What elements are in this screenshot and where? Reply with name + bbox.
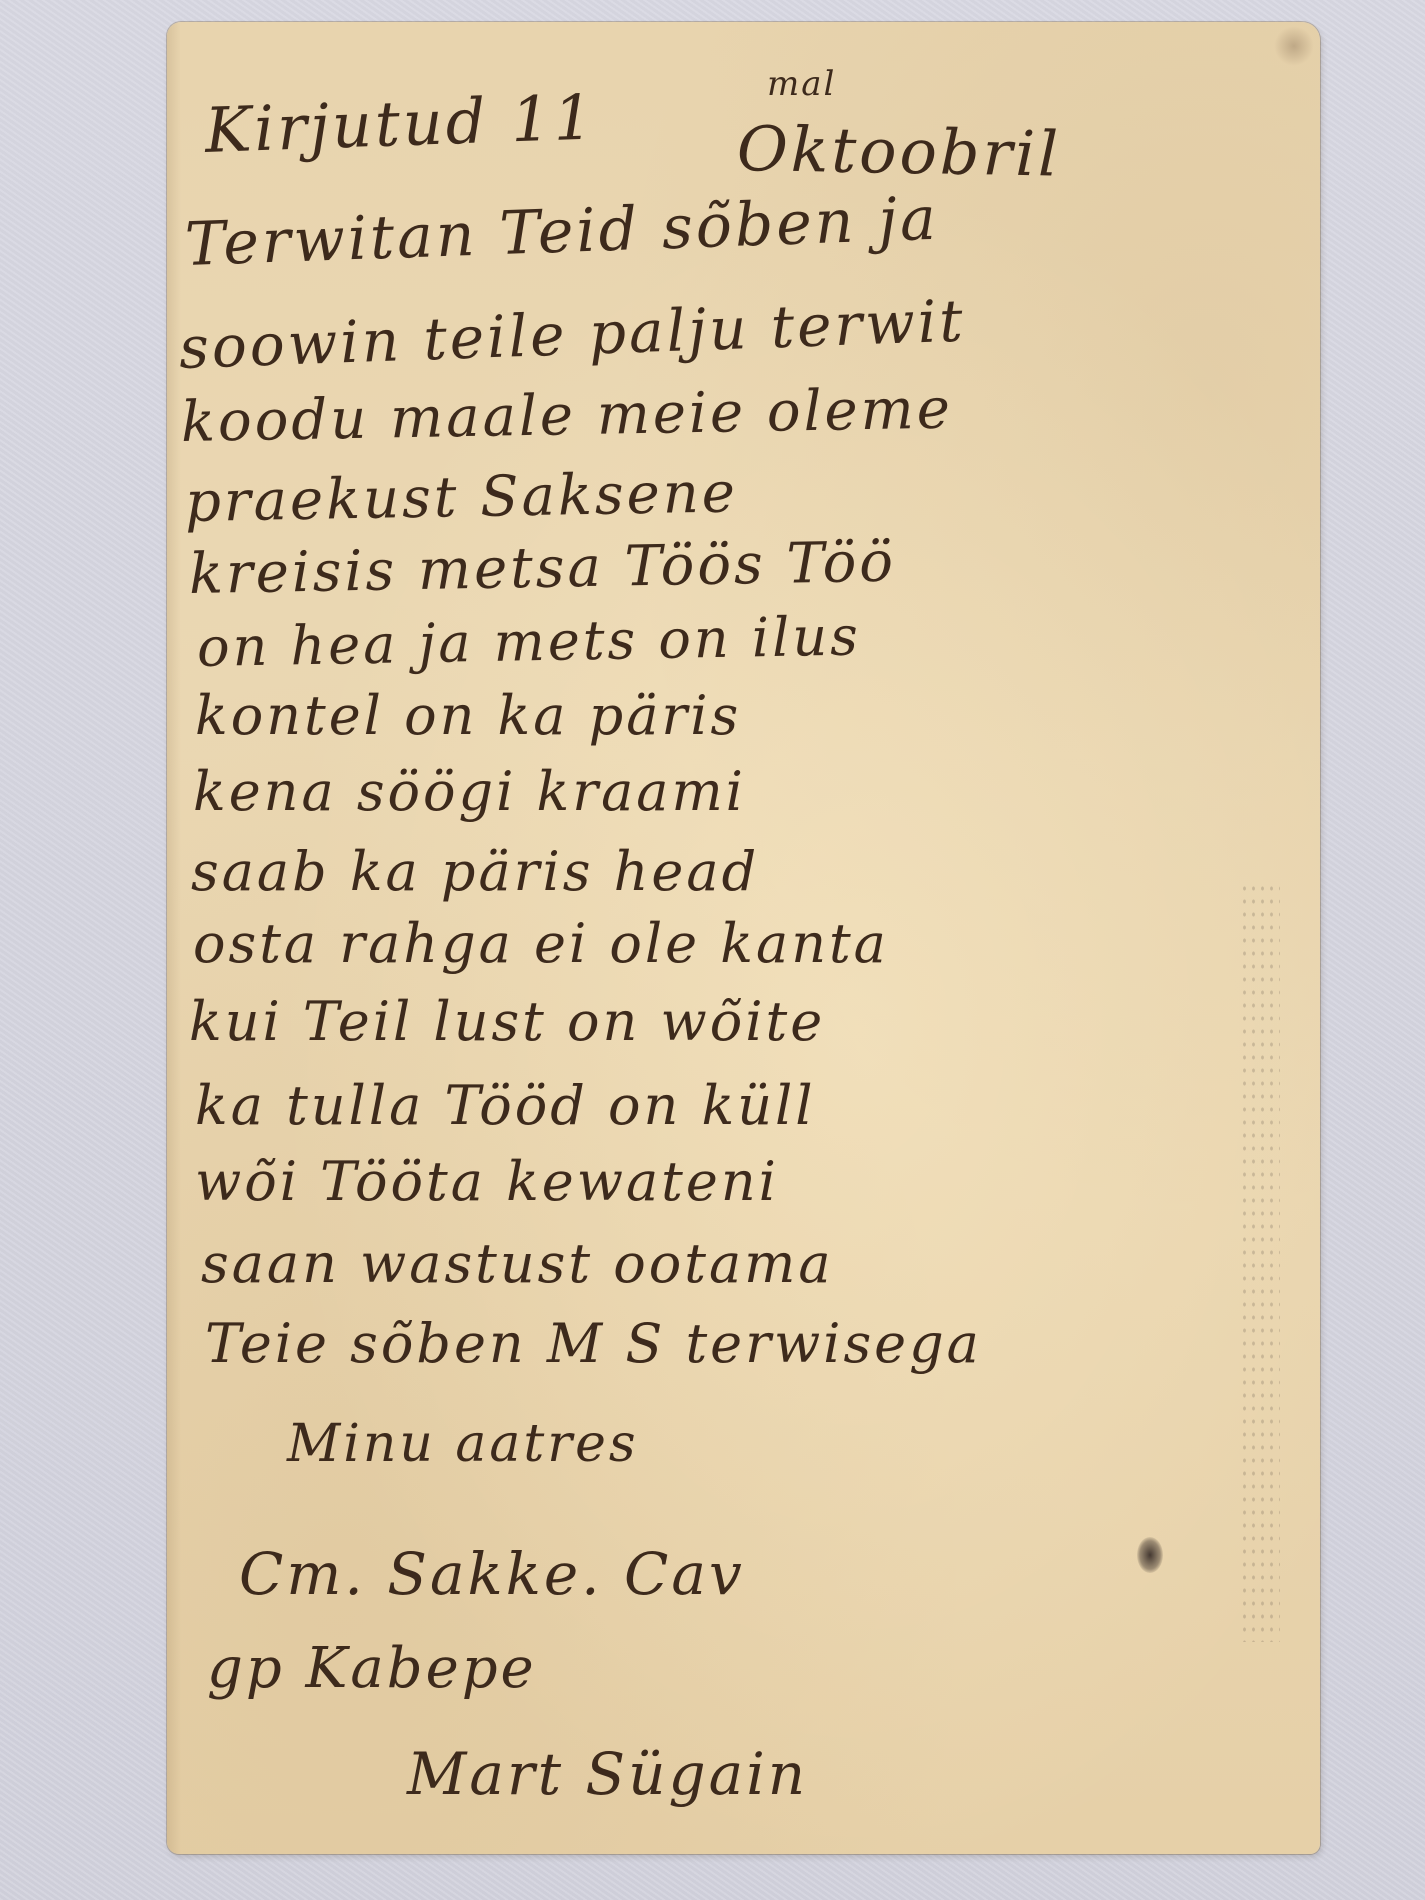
corner-wear [1274, 26, 1314, 66]
body-line: koodu maale meie oleme [180, 377, 953, 455]
body-line: on hea ja mets on ilus [196, 604, 861, 679]
body-line: kena söögi kraami [193, 760, 746, 823]
date-superscript: mal [767, 64, 836, 104]
body-line: kui Teil lust on wõite [189, 990, 825, 1053]
address-label: Minu aatres [287, 1414, 639, 1474]
ink-blot [1137, 1537, 1163, 1573]
date-month: Oktoobril [736, 112, 1061, 191]
body-line: Terwitan Teid sõben ja [184, 184, 940, 280]
postcard: Kirjutud 11 mal Oktoobril Terwitan Teid … [167, 22, 1320, 1854]
sender-name: Mart Sügain [407, 1740, 808, 1808]
date-line: Kirjutud 11 [204, 80, 597, 167]
body-line: kreisis metsa Töös Töö [188, 530, 896, 607]
body-line: kontel on ka päris [195, 684, 741, 747]
body-line: ka tulla Tööd on küll [195, 1074, 816, 1137]
signature-line: Teie sõben M S terwisega [205, 1312, 982, 1375]
body-line: saan wastust ootama [201, 1232, 834, 1295]
body-line: soowin teile palju terwit [178, 287, 967, 382]
body-line: saab ka päris head [191, 840, 759, 903]
body-line: wõi Tööta kewateni [195, 1150, 779, 1213]
body-line: praekust Saksene [184, 460, 738, 535]
address-line-2: gp Kabepe [207, 1636, 537, 1701]
postmark-smudge [1240, 882, 1280, 1642]
body-line: osta rahga ei ole kanta [193, 912, 889, 975]
address-line-1: Cm. Sakke. Cav [239, 1540, 745, 1608]
